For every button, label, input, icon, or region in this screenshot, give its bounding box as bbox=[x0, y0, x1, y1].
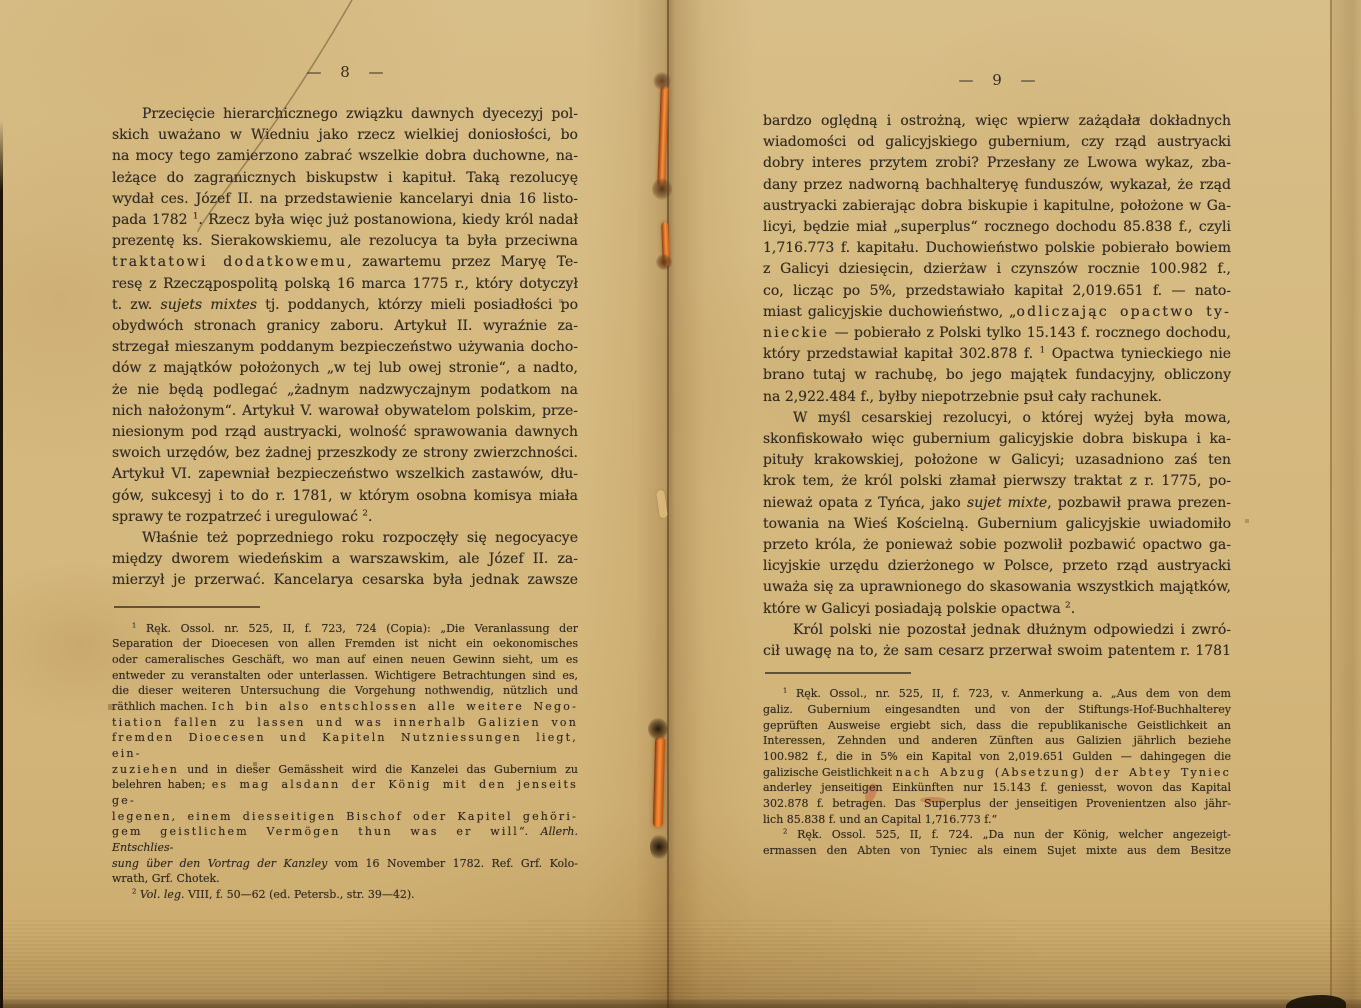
text-segment: vom 16 November 1782. Ref. Grf. Kolo- bbox=[327, 857, 578, 870]
text-line: niesionym pod rząd austryacki, wolność s… bbox=[112, 422, 578, 443]
page-number-right: — 9 — bbox=[763, 71, 1231, 89]
text-segment: Król polski nie pozostał jednak dłużnym … bbox=[793, 622, 1231, 638]
text-segment: die dieser weiteren Untersuchung die Vor… bbox=[112, 684, 578, 697]
text-segment: Ich bin also entschlossen alle weitere N… bbox=[212, 700, 578, 713]
text-segment: fremden Dioecesen und Kapiteln Nutzniess… bbox=[112, 731, 578, 760]
bottom-page-edge bbox=[0, 999, 1361, 1008]
text-line: traktatowi dodatkowemu, zawartemu przez … bbox=[112, 252, 578, 273]
text-line: mierzył je przerwać. Kancelarya cesarska… bbox=[112, 570, 578, 591]
text-segment: krok tem, że król polski złamał pierwszy… bbox=[763, 473, 1231, 489]
text-segment: że nie będą podlegać „żadnym nadzwyczajn… bbox=[112, 382, 578, 398]
text-segment: wydał ces. Józef II. na przedstawienie k… bbox=[112, 191, 578, 207]
page-number-left: — 8 — bbox=[112, 63, 578, 81]
text-line: na mocy tego zamierzono zabrać wszelkie … bbox=[112, 146, 578, 167]
footnote-line: 2 Vol. leg. VIII, f. 50—62 (ed. Petersb.… bbox=[112, 887, 578, 903]
footnote-line: legenen, einem diesseitigen Bischof oder… bbox=[112, 809, 578, 825]
footnote-line: galizische Geistlichkeit nach Abzug (Abs… bbox=[763, 765, 1231, 781]
text-line: sprawy te rozpatrzeć i uregulować 2. bbox=[112, 507, 578, 528]
text-segment: odliczając opactwo ty- bbox=[1016, 304, 1231, 320]
paragraph: bardzo oględną i ostrożną, więc wpierw z… bbox=[763, 111, 1231, 408]
footnote-line: 100.982 f., die in 5% ein Kapital von 2,… bbox=[763, 749, 1231, 765]
text-segment: dów z majątków położonych „w tej lub owe… bbox=[112, 360, 578, 376]
book-scan: — 8 — Przecięcie hierarchicznego związku… bbox=[0, 0, 1361, 1008]
footnote-rule bbox=[114, 606, 260, 608]
text-line: licyi, będzie miał „superplus“ rocznego … bbox=[763, 217, 1231, 238]
footnote-line: Separation der Dioecesen von allen Fremd… bbox=[112, 636, 578, 652]
footnote-line: fremden Dioecesen und Kapiteln Nutzniess… bbox=[112, 730, 578, 761]
footnote-line: galiz. Gubernium eingesandten und von de… bbox=[763, 702, 1231, 718]
text-segment: nach Abzug (Absetzung) der Abtey Tyniec bbox=[896, 766, 1231, 779]
footnote-line: geprüften Ausweise ergiebt sich, dass di… bbox=[763, 718, 1231, 734]
footnote-line: die dieser weiteren Untersuchung die Vor… bbox=[112, 683, 578, 699]
text-line: że nie będą podlegać „żadnym nadzwyczajn… bbox=[112, 380, 578, 401]
text-segment: belehren haben; bbox=[112, 778, 212, 791]
text-segment: Separation der Dioecesen von allen Fremd… bbox=[112, 637, 578, 650]
footnote: 1 Ręk. Ossol., nr. 525, II, f. 723, v. A… bbox=[763, 686, 1231, 827]
text-segment: nieckie bbox=[763, 325, 829, 341]
text-line: pituły krakowskiej, położone w Galicyi; … bbox=[763, 450, 1231, 471]
left-scan-edge bbox=[0, 120, 3, 1008]
text-line: wiadomości od galicyjskiego gubernium, c… bbox=[763, 132, 1231, 153]
text-segment: bardzo oględną i ostrożną, więc wpierw z… bbox=[763, 113, 1231, 129]
text-line: dobry interes przytem zrobi? Przesłany z… bbox=[763, 153, 1231, 174]
text-segment: Przecięcie hierarchicznego związku dawny… bbox=[142, 106, 578, 122]
text-line: na 2,922.484 f., byłby niepotrzebnie psu… bbox=[763, 387, 1231, 408]
text-segment: przeto króla, że ponieważ sobie pozwolił… bbox=[763, 537, 1231, 553]
text-segment: galiz. Gubernium eingesandten und von de… bbox=[763, 703, 1231, 716]
text-segment: nich nałożonym“. Artykuł V. warował obyw… bbox=[112, 403, 578, 419]
footnote-line: zuziehen und in dieser Gemässheit wird d… bbox=[112, 762, 578, 778]
text-segment: legenen, einem diesseitigen Bischof oder… bbox=[112, 810, 578, 823]
footnote-rule bbox=[765, 672, 911, 674]
text-line: t. zw. sujets mixtes tj. poddanych, któr… bbox=[112, 295, 578, 316]
text-segment: które w Galicyi posiadają polskie opactw… bbox=[763, 601, 1065, 617]
footnote-line: 1 Ręk. Ossol., nr. 525, II, f. 723, v. A… bbox=[763, 686, 1231, 702]
text-segment: obydwóch stronach granicy zaboru. Artyku… bbox=[112, 318, 578, 334]
text-line: miast galicyjskie duchowieństwo, „odlicz… bbox=[763, 302, 1231, 323]
text-segment: tj. poddanych, którzy mieli posiadłości … bbox=[257, 297, 578, 313]
text-line: obydwóch stronach granicy zaboru. Artyku… bbox=[112, 316, 578, 337]
text-segment: cił uwagę na to, że sam cesarz przerwał … bbox=[763, 643, 1231, 659]
text-segment: nieważ opata z Tyńca, jako bbox=[763, 495, 967, 511]
text-segment: Ręk. Ossol. nr. 525, II, f. 723, 724 (Co… bbox=[136, 622, 578, 635]
footnote-line: 302.878 f. betragen. Das Superplus der j… bbox=[763, 796, 1231, 812]
text-segment: Ręk. Ossol. 525, II, f. 724. „Da nun der… bbox=[787, 828, 1231, 841]
paragraph: W myśl cesarskiej rezolucyi, o której wy… bbox=[763, 408, 1231, 620]
text-segment: który przedstawiał kapitał 302.878 f. bbox=[763, 346, 1040, 362]
text-line: krok tem, że król polski złamał pierwszy… bbox=[763, 471, 1231, 492]
text-line: resę z Rzecząpospolitą polską 16 marca 1… bbox=[112, 274, 578, 295]
text-segment: gem geistlichem Vermögen thun was er wil… bbox=[112, 825, 519, 838]
paragraph: Przecięcie hierarchicznego związku dawny… bbox=[112, 104, 578, 528]
footnotes: 1 Ręk. Ossol. nr. 525, II, f. 723, 724 (… bbox=[112, 621, 578, 903]
text-segment: zuziehen bbox=[112, 763, 179, 776]
text-segment: anderley jenseitigen Einkünften nur 15.1… bbox=[763, 781, 1231, 794]
text-segment: resę z Rzecząpospolitą polską 16 marca 1… bbox=[112, 276, 578, 292]
text-segment: licyi, będzie miał „superplus“ rocznego … bbox=[763, 219, 1231, 235]
paragraph: Właśnie też poprzedniego roku rozpoczęły… bbox=[112, 528, 578, 592]
text-segment: sprawy te rozpatrzeć i uregulować bbox=[112, 509, 362, 525]
bottom-fold-shadow bbox=[0, 920, 1361, 1008]
text-segment: Opactwa tynieckiego nie bbox=[1045, 346, 1231, 362]
text-line: pada 1782 1. Rzecz była więc już postano… bbox=[112, 210, 578, 231]
text-segment: na mocy tego zamierzono zabrać wszelkie … bbox=[112, 148, 578, 164]
text-segment: pada 1782 bbox=[112, 212, 193, 228]
text-segment: traktatowi dodatkowemu bbox=[112, 254, 347, 270]
text-segment: leżące do zagranicznych biskupstw i kapi… bbox=[112, 170, 578, 186]
footnote-line: gem geistlichem Vermögen thun was er wil… bbox=[112, 824, 578, 855]
text-segment: VIII, f. 50—62 (ed. Petersb., str. 39—42… bbox=[184, 888, 414, 901]
text-segment: sung über den Vortrag der Kanzley bbox=[112, 857, 327, 870]
text-segment: “. bbox=[519, 825, 541, 838]
text-line: leżące do zagranicznych biskupstw i kapi… bbox=[112, 168, 578, 189]
text-segment: swoich urzędów, bez żadnej przeszkody ze… bbox=[112, 445, 578, 461]
text-segment: pituły krakowskiej, położone w Galicyi; … bbox=[763, 452, 1231, 468]
text-line: który przedstawiał kapitał 302.878 f. 1 … bbox=[763, 344, 1231, 365]
text-segment: skich uważano w Wiedniu jako rzecz wielk… bbox=[112, 127, 578, 143]
text-segment: . Rzecz była więc już postanowiona, kied… bbox=[198, 212, 578, 228]
text-segment: strzegał mieszanym poddanym bezpieczeńst… bbox=[112, 339, 578, 355]
text-segment: brano tutaj w rachubę, bo jego majątek f… bbox=[763, 367, 1231, 383]
text-line: W myśl cesarskiej rezolucyi, o której wy… bbox=[763, 408, 1231, 429]
text-line: wydał ces. Józef II. na przedstawienie k… bbox=[112, 189, 578, 210]
text-line: licyjskie urzędu dzierżonego w Polsce, p… bbox=[763, 556, 1231, 577]
footnote-line: sung über den Vortrag der Kanzley vom 16… bbox=[112, 856, 578, 872]
text-segment: und in dieser Gemässheit wird die Kanzel… bbox=[179, 763, 578, 776]
text-segment: na 2,922.484 f., byłby niepotrzebnie psu… bbox=[763, 389, 1162, 405]
text-line: przeto króla, że ponieważ sobie pozwolił… bbox=[763, 535, 1231, 556]
text-segment: 1,716.773 f. kapitału. Duchowieństwo pol… bbox=[763, 240, 1231, 256]
footnote-line: belehren haben; es mag alsdann der König… bbox=[112, 777, 578, 808]
text-line: cił uwagę na to, że sam cesarz przerwał … bbox=[763, 641, 1231, 662]
text-segment: . bbox=[368, 509, 372, 525]
footnote-line: ermassen den Abten von Tyniec als einem … bbox=[763, 843, 1231, 859]
footnote-line: lich 85.838 f. und an Capital 1,716.773 … bbox=[763, 812, 1231, 828]
text-segment: W myśl cesarskiej rezolucyi, o której wy… bbox=[793, 410, 1231, 426]
text-segment: sujets mixtes bbox=[161, 297, 258, 313]
text-segment: tiation fallen zu lassen und was innerha… bbox=[112, 716, 578, 729]
text-line: Artykuł VI. zapewniał bezpieczeństwo wsz… bbox=[112, 464, 578, 485]
text-segment: Artykuł VI. zapewniał bezpieczeństwo wsz… bbox=[112, 466, 578, 482]
text-segment: Vol. leg. bbox=[140, 888, 185, 901]
text-segment: ermassen den Abten von Tyniec als einem … bbox=[763, 844, 1231, 857]
text-line: dów z majątków położonych „w tej lub owe… bbox=[112, 358, 578, 379]
footnote-line: entweder zu veranstalten oder unterlasse… bbox=[112, 668, 578, 684]
text-line: co, licząc po 5%, przedstawiało kapitał … bbox=[763, 281, 1231, 302]
footnote: 2 Vol. leg. VIII, f. 50—62 (ed. Petersb.… bbox=[112, 887, 578, 903]
text-segment: , zawartemu przez Maryę Te- bbox=[347, 254, 578, 270]
text-segment: prezentę ks. Sierakowskiemu, ale rezoluc… bbox=[112, 233, 578, 249]
text-line: nieważ opata z Tyńca, jako sujet mixte, … bbox=[763, 493, 1231, 514]
text-segment: co, licząc po 5%, przedstawiało kapitał … bbox=[763, 283, 1231, 299]
text-segment: dany przez nadworną bachhalteryę fundusz… bbox=[763, 177, 1231, 193]
text-segment: dobry interes przytem zrobi? Przesłany z… bbox=[763, 155, 1231, 171]
text-segment: skonfiskowało więc gubernium galicyjskie… bbox=[763, 431, 1231, 447]
footnote-line: oder cameralisches Geschäft, wo man auf … bbox=[112, 652, 578, 668]
text-segment: niesionym pod rząd austryacki, wolność s… bbox=[112, 424, 578, 440]
text-segment: miast galicyjskie duchowieństwo, „ bbox=[763, 304, 1016, 320]
footnote: 2 Ręk. Ossol. 525, II, f. 724. „Da nun d… bbox=[763, 827, 1231, 858]
text-line: strzegał mieszanym poddanym bezpieczeńst… bbox=[112, 337, 578, 358]
text-segment: räthlich machen. bbox=[112, 700, 212, 713]
text-segment: wrath, Grf. Chotek. bbox=[112, 872, 220, 885]
paper-specks bbox=[0, 0, 2, 2]
text-line: z Galicyi dziesięcin, dzierżaw i czynszó… bbox=[763, 259, 1231, 280]
text-segment: wiadomości od galicyjskiego gubernium, c… bbox=[763, 134, 1231, 150]
text-line: dany przez nadworną bachhalteryę fundusz… bbox=[763, 175, 1231, 196]
text-segment: lich 85.838 f. und an Capital 1,716.773 … bbox=[763, 813, 997, 826]
text-segment: 100.982 f., die in 5% ein Kapital von 2,… bbox=[763, 750, 1231, 763]
text-line: bardzo oględną i ostrożną, więc wpierw z… bbox=[763, 111, 1231, 132]
footnote-line: wrath, Grf. Chotek. bbox=[112, 871, 578, 887]
right-page-body: bardzo oględną i ostrożną, więc wpierw z… bbox=[763, 111, 1231, 859]
text-segment: Interessen, Zehnden und anderen Zünften … bbox=[763, 734, 1231, 747]
text-line: prezentę ks. Sierakowskiemu, ale rezoluc… bbox=[112, 231, 578, 252]
text-line: Przecięcie hierarchicznego związku dawny… bbox=[112, 104, 578, 125]
text-segment: oder cameralisches Geschäft, wo man auf … bbox=[112, 653, 578, 666]
text-line: między dworem wiedeńskim a warszawskim, … bbox=[112, 549, 578, 570]
footnote-line: Interessen, Zehnden und anderen Zünften … bbox=[763, 733, 1231, 749]
text-line: austryacki zabierając dobra biskupie i k… bbox=[763, 196, 1231, 217]
text-segment: z Galicyi dziesięcin, dzierżaw i czynszó… bbox=[763, 261, 1231, 277]
text-line: Właśnie też poprzedniego roku rozpoczęły… bbox=[112, 528, 578, 549]
text-line: skich uważano w Wiedniu jako rzecz wielk… bbox=[112, 125, 578, 146]
footnote-line: 2 Ręk. Ossol. 525, II, f. 724. „Da nun d… bbox=[763, 827, 1231, 843]
text-segment: — pobierało z Polski tylko 15.143 f. roc… bbox=[829, 325, 1231, 341]
text-segment: Ręk. Ossol., nr. 525, II, f. 723, v. Anm… bbox=[787, 687, 1231, 700]
text-segment: t. zw. bbox=[112, 297, 161, 313]
text-segment: Właśnie też poprzedniego roku rozpoczęły… bbox=[142, 530, 578, 546]
text-segment: entweder zu veranstalten oder unterlasse… bbox=[112, 669, 578, 682]
footnote: 1 Ręk. Ossol. nr. 525, II, f. 723, 724 (… bbox=[112, 621, 578, 887]
text-line: 1,716.773 f. kapitału. Duchowieństwo pol… bbox=[763, 238, 1231, 259]
text-line: brano tutaj w rachubę, bo jego majątek f… bbox=[763, 365, 1231, 386]
text-segment: sujet mixte bbox=[967, 495, 1047, 511]
text-line: towania na Wieś Kościelną. Gubernium gal… bbox=[763, 514, 1231, 535]
footnote-line: 1 Ręk. Ossol. nr. 525, II, f. 723, 724 (… bbox=[112, 621, 578, 637]
footnote-line: anderley jenseitigen Einkünften nur 15.1… bbox=[763, 780, 1231, 796]
text-segment: galizische Geistlichkeit bbox=[763, 766, 896, 779]
text-segment: geprüften Ausweise ergiebt sich, dass di… bbox=[763, 719, 1231, 732]
footnote-line: räthlich machen. Ich bin also entschloss… bbox=[112, 699, 578, 715]
footnotes: 1 Ręk. Ossol., nr. 525, II, f. 723, v. A… bbox=[763, 686, 1231, 858]
text-segment: , pozbawił prawa prezen- bbox=[1047, 495, 1231, 511]
text-segment: licyjskie urzędu dzierżonego w Polsce, p… bbox=[763, 558, 1231, 574]
left-page-body: Przecięcie hierarchicznego związku dawny… bbox=[112, 104, 578, 902]
text-line: nieckie — pobierało z Polski tylko 15.14… bbox=[763, 323, 1231, 344]
text-segment: między dworem wiedeńskim a warszawskim, … bbox=[112, 551, 578, 567]
text-line: skonfiskowało więc gubernium galicyjskie… bbox=[763, 429, 1231, 450]
text-segment: . bbox=[1071, 601, 1075, 617]
text-line: nich nałożonym“. Artykuł V. warował obyw… bbox=[112, 401, 578, 422]
text-line: Król polski nie pozostał jednak dłużnym … bbox=[763, 620, 1231, 641]
text-segment: 302.878 f. betragen. Das Superplus der j… bbox=[763, 797, 1231, 810]
text-line: uważa się za uprawnionego do skasowania … bbox=[763, 577, 1231, 598]
footnote-line: tiation fallen zu lassen und was innerha… bbox=[112, 715, 578, 731]
text-line: swoich urzędów, bez żadnej przeszkody ze… bbox=[112, 443, 578, 464]
right-page-edge bbox=[1332, 0, 1361, 1008]
text-segment: austryacki zabierając dobra biskupie i k… bbox=[763, 198, 1231, 214]
text-segment: uważa się za uprawnionego do skasowania … bbox=[763, 579, 1231, 595]
text-segment: mierzył je przerwać. Kancelarya cesarska… bbox=[112, 572, 578, 588]
text-segment: towania na Wieś Kościelną. Gubernium gal… bbox=[763, 516, 1231, 532]
text-segment: gów, sukcesyj i to do r. 1781, w którym … bbox=[112, 488, 578, 504]
paragraph: Król polski nie pozostał jednak dłużnym … bbox=[763, 620, 1231, 662]
text-line: które w Galicyi posiadają polskie opactw… bbox=[763, 599, 1231, 620]
text-line: gów, sukcesyj i to do r. 1781, w którym … bbox=[112, 486, 578, 507]
